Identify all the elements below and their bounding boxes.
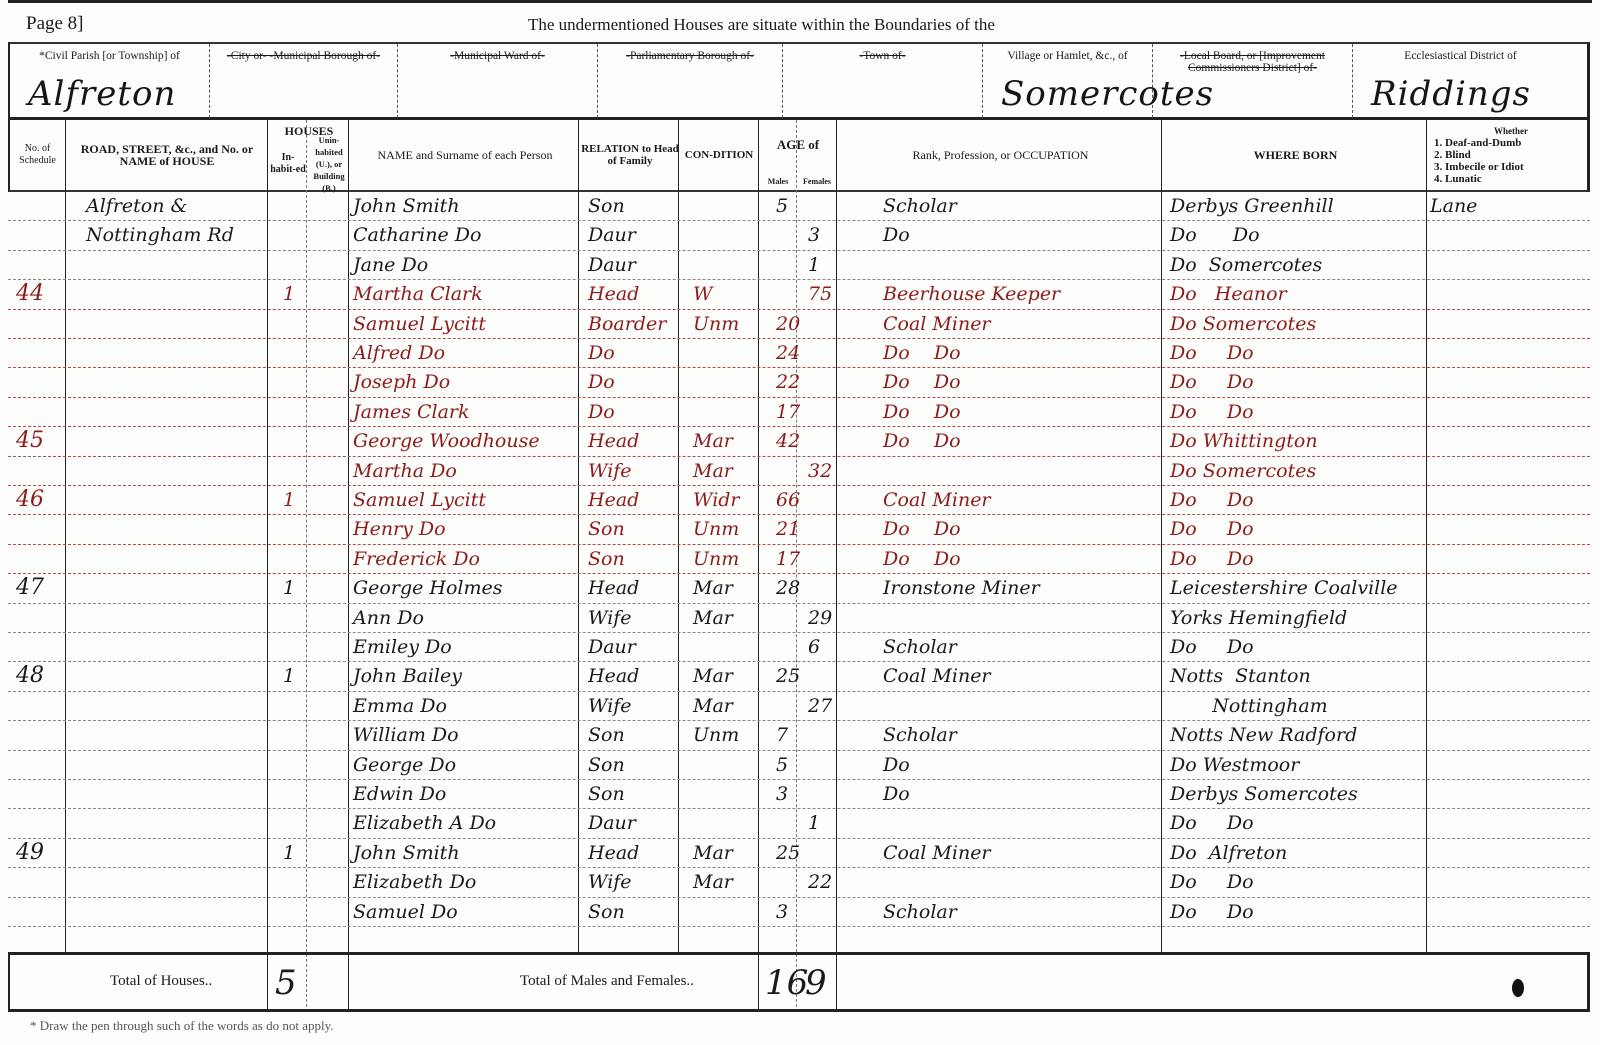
person-name: Ann Do	[353, 606, 424, 630]
where-born: Do Heanor	[1170, 282, 1287, 306]
boundary-cell: -City or- -Municipal Borough of-	[210, 44, 398, 118]
condition: Mar	[693, 870, 733, 894]
boundary-label: -Municipal Ward of-	[398, 44, 597, 62]
female-age: 29	[808, 606, 832, 630]
schedule-number: 47	[16, 576, 44, 600]
condition: Mar	[693, 664, 733, 688]
schedule-number: 44	[16, 282, 44, 306]
male-age: 22	[776, 370, 800, 394]
relation: Do	[588, 341, 615, 365]
person-name: Henry Do	[353, 517, 446, 541]
condition: Mar	[693, 694, 733, 718]
table-row: James ClarkDo17Do DoDo Do	[8, 398, 1590, 427]
where-born: Do Do	[1170, 870, 1254, 894]
schedule-number: 49	[16, 841, 44, 865]
where-born: Nottingham	[1170, 694, 1328, 718]
male-age: 20	[776, 312, 800, 336]
male-age: 21	[776, 517, 800, 541]
occupation: Do Do	[883, 341, 961, 365]
inhabited-count: 1	[283, 576, 295, 600]
relation: Boarder	[588, 312, 666, 336]
header-schedule: No. of Schedule	[10, 120, 65, 190]
boundary-label: -Parliamentary Borough of-	[598, 44, 782, 62]
inhabited-count: 1	[283, 282, 295, 306]
table-row: Alfreton &John SmithSon5ScholarDerbys Gr…	[8, 192, 1590, 221]
boundary-title: The undermentioned Houses are situate wi…	[528, 15, 995, 35]
where-born: Yorks Hemingfield	[1170, 606, 1347, 630]
occupation: Ironstone Miner	[883, 576, 1040, 600]
where-born: Do Do	[1170, 900, 1254, 924]
table-row: George DoSon5DoDo Westmoor	[8, 751, 1590, 780]
boundary-value: Riddings	[1371, 74, 1531, 114]
male-age: 5	[776, 753, 788, 777]
boundary-cell: -Local Board, or [Improvement Commission…	[1153, 44, 1353, 118]
person-name: Elizabeth Do	[353, 870, 476, 894]
relation: Wife	[588, 694, 632, 718]
table-row: Elizabeth DoWifeMar22Do Do	[8, 868, 1590, 897]
header-road: ROAD, STREET, &c., and No. or NAME of HO…	[67, 120, 267, 190]
table-row: Frederick DoSonUnm17Do DoDo Do	[8, 545, 1590, 574]
relation: Daur	[588, 635, 636, 659]
where-born: Do Whittington	[1170, 429, 1318, 453]
where-born: Derbys Somercotes	[1170, 782, 1358, 806]
schedule-number: 48	[16, 664, 44, 688]
male-age: 42	[776, 429, 800, 453]
row-rule	[8, 926, 1590, 927]
where-born: Do Do	[1170, 400, 1254, 424]
person-name: Samuel Lycitt	[353, 312, 486, 336]
table-row: Emma DoWifeMar27 Nottingham	[8, 692, 1590, 721]
female-age: 32	[808, 459, 832, 483]
schedule-number: 46	[16, 488, 44, 512]
boundary-cell: -Parliamentary Borough of-	[598, 44, 783, 118]
header-whether: Whether 1. Deaf-and-Dumb 2. Blind 3. Imb…	[1428, 120, 1588, 190]
relation: Head	[588, 664, 639, 688]
occupation: Do Do	[883, 517, 961, 541]
condition: Mar	[693, 459, 733, 483]
header-where-born: WHERE BORN	[1163, 120, 1428, 190]
totals-row: Total of Houses.. 5 Total of Males and F…	[8, 952, 1590, 1012]
ink-blot	[1512, 979, 1524, 997]
table-row: Samuel DoSon3ScholarDo Do	[8, 898, 1590, 927]
where-born: Leicestershire Coalville	[1170, 576, 1398, 600]
boundary-label: *Civil Parish [or Township] of	[10, 44, 209, 62]
relation: Son	[588, 194, 625, 218]
person-name: Elizabeth A Do	[353, 811, 496, 835]
condition: Mar	[693, 606, 733, 630]
male-age: 66	[776, 488, 800, 512]
female-age: 27	[808, 694, 832, 718]
header-males: Males	[760, 174, 796, 190]
boundaries-strip: *Civil Parish [or Township] ofAlfreton-C…	[8, 42, 1590, 120]
table-row: Emiley DoDaur6ScholarDo Do	[8, 633, 1590, 662]
whether-item: 2. Blind	[1434, 149, 1471, 161]
relation: Son	[588, 547, 625, 571]
relation: Daur	[588, 253, 636, 277]
female-age: 1	[808, 253, 820, 277]
person-name: Emma Do	[353, 694, 447, 718]
boundary-label: -Local Board, or [Improvement Commission…	[1153, 44, 1352, 74]
whether-item: 3. Imbecile or Idiot	[1434, 161, 1524, 173]
occupation: Coal Miner	[883, 664, 991, 688]
boundary-label: -City or- -Municipal Borough of-	[210, 44, 397, 62]
female-age: 6	[808, 635, 820, 659]
header-occupation: Rank, Profession, or OCCUPATION	[838, 120, 1163, 190]
person-name: Catharine Do	[353, 223, 481, 247]
where-born: Do Do	[1170, 635, 1254, 659]
page-header: Page 8] The undermentioned Houses are si…	[8, 0, 1592, 45]
male-age: 3	[776, 782, 788, 806]
condition: Mar	[693, 429, 733, 453]
female-age: 22	[808, 870, 832, 894]
male-age: 25	[776, 664, 800, 688]
relation: Son	[588, 723, 625, 747]
male-age: 3	[776, 900, 788, 924]
occupation: Scholar	[883, 194, 957, 218]
relation: Head	[588, 576, 639, 600]
relation: Do	[588, 370, 615, 394]
male-age: 17	[776, 400, 800, 424]
where-born: Do Somercotes	[1170, 459, 1316, 483]
header-name: NAME and Surname of each Person	[350, 120, 580, 190]
occupation: Coal Miner	[883, 841, 991, 865]
table-row: Henry DoSonUnm21Do DoDo Do	[8, 515, 1590, 544]
where-born: Do Do	[1170, 547, 1254, 571]
relation: Head	[588, 488, 639, 512]
footnote: * Draw the pen through such of the words…	[30, 1018, 334, 1034]
header-condition: CON-DITION	[680, 120, 758, 190]
table-row: Elizabeth A DoDaur1Do Do	[8, 809, 1590, 838]
occupation: Beerhouse Keeper	[883, 282, 1060, 306]
relation: Daur	[588, 811, 636, 835]
occupation: Do Do	[883, 400, 961, 424]
table-row: Nottingham RdCatharine DoDaur3DoDo Do	[8, 221, 1590, 250]
header-inhabited: In-habit-ed	[269, 138, 307, 190]
whether-item: 1. Deaf-and-Dumb	[1434, 137, 1521, 149]
occupation: Scholar	[883, 723, 957, 747]
female-age: 3	[808, 223, 820, 247]
person-name: Martha Do	[353, 459, 457, 483]
table-row: Samuel LycittBoarderUnm20Coal MinerDo So…	[8, 310, 1590, 339]
condition: Mar	[693, 576, 733, 600]
where-born: Notts New Radford	[1170, 723, 1357, 747]
where-born: Do Do	[1170, 223, 1260, 247]
where-born: Do Westmoor	[1170, 753, 1299, 777]
person-name: George Holmes	[353, 576, 503, 600]
condition: Unm	[693, 312, 739, 336]
boundary-cell: -Town of-	[783, 44, 983, 118]
where-born: Do Somercotes	[1170, 253, 1322, 277]
person-name: Emiley Do	[353, 635, 452, 659]
person-name: Samuel Do	[353, 900, 458, 924]
person-name: Edwin Do	[353, 782, 446, 806]
person-name: George Do	[353, 753, 456, 777]
person-name: George Woodhouse	[353, 429, 540, 453]
boundary-label: Ecclesiastical District of	[1353, 44, 1568, 62]
total-houses-value: 5	[275, 963, 297, 1003]
header-relation: RELATION to Head of Family	[580, 120, 680, 190]
person-name: Joseph Do	[353, 370, 450, 394]
male-age: 17	[776, 547, 800, 571]
table-row: Martha DoWifeMar32Do Somercotes	[8, 457, 1590, 486]
boundary-cell: *Civil Parish [or Township] ofAlfreton	[10, 44, 210, 118]
female-age: 1	[808, 811, 820, 835]
where-born: Do Somercotes	[1170, 312, 1316, 336]
header-females: Females	[798, 174, 836, 190]
relation: Son	[588, 900, 625, 924]
page-number: Page 8]	[26, 13, 84, 35]
relation: Son	[588, 753, 625, 777]
table-row: 461Samuel LycittHeadWidr66Coal MinerDo D…	[8, 486, 1590, 515]
table-row: 481John BaileyHeadMar25Coal MinerNotts S…	[8, 662, 1590, 691]
relation: Daur	[588, 223, 636, 247]
inhabited-count: 1	[283, 841, 295, 865]
where-born: Derbys Greenhill	[1170, 194, 1334, 218]
occupation: Do	[883, 782, 910, 806]
whether-title: Whether	[1494, 125, 1528, 137]
where-born: Do Do	[1170, 488, 1254, 512]
header-uninhabited: Unin-habited (U.), or Building (B.)	[308, 138, 350, 190]
condition: Mar	[693, 841, 733, 865]
where-born: Do Alfreton	[1170, 841, 1287, 865]
whether-infirm: Lane	[1430, 194, 1477, 218]
person-name: Samuel Lycitt	[353, 488, 486, 512]
occupation: Do Do	[883, 547, 961, 571]
relation: Wife	[588, 870, 632, 894]
table-row: Alfred DoDo24Do DoDo Do	[8, 339, 1590, 368]
inhabited-count: 1	[283, 488, 295, 512]
where-born: Do Do	[1170, 370, 1254, 394]
relation: Wife	[588, 459, 632, 483]
person-name: John Bailey	[353, 664, 462, 688]
where-born: Do Do	[1170, 341, 1254, 365]
schedule-number: 45	[16, 429, 44, 453]
male-age: 7	[776, 723, 788, 747]
boundary-cell: -Municipal Ward of-	[398, 44, 598, 118]
occupation: Scholar	[883, 900, 957, 924]
table-row: 45George WoodhouseHeadMar42Do DoDo Whitt…	[8, 427, 1590, 456]
boundary-label: Village or Hamlet, &c., of	[983, 44, 1152, 62]
relation: Head	[588, 841, 639, 865]
condition: Unm	[693, 723, 739, 747]
total-houses-label: Total of Houses..	[110, 973, 212, 990]
occupation: Scholar	[883, 635, 957, 659]
person-name: James Clark	[353, 400, 470, 424]
table-row: Jane DoDaur1Do Somercotes	[8, 251, 1590, 280]
male-age: 28	[776, 576, 800, 600]
census-page: Page 8] The undermentioned Houses are si…	[0, 0, 1600, 1045]
boundary-cell: Village or Hamlet, &c., ofSomercotes	[983, 44, 1153, 118]
whether-item: 4. Lunatic	[1434, 173, 1482, 185]
male-age: 5	[776, 194, 788, 218]
condition: Unm	[693, 547, 739, 571]
person-name: John Smith	[353, 841, 460, 865]
female-age: 75	[808, 282, 832, 306]
total-persons-label: Total of Males and Females..	[520, 973, 694, 990]
header-age: AGE of	[760, 120, 836, 170]
relation: Do	[588, 400, 615, 424]
condition: W	[693, 282, 713, 306]
person-name: Frederick Do	[353, 547, 480, 571]
road-name: Alfreton &	[86, 194, 187, 218]
relation: Son	[588, 517, 625, 541]
table-row: Ann DoWifeMar29Yorks Hemingfield	[8, 604, 1590, 633]
male-age: 25	[776, 841, 800, 865]
person-name: Martha Clark	[353, 282, 483, 306]
relation: Son	[588, 782, 625, 806]
table-row: 441Martha ClarkHeadW75Beerhouse KeeperDo…	[8, 280, 1590, 309]
where-born: Notts Stanton	[1170, 664, 1311, 688]
table-row: Joseph DoDo22Do DoDo Do	[8, 368, 1590, 397]
occupation: Do Do	[883, 429, 961, 453]
table-row: William DoSonUnm7ScholarNotts New Radfor…	[8, 721, 1590, 750]
where-born: Do Do	[1170, 811, 1254, 835]
relation: Head	[588, 429, 639, 453]
person-name: Alfred Do	[353, 341, 445, 365]
table-row: Edwin DoSon3DoDerbys Somercotes	[8, 780, 1590, 809]
column-headers: No. of Schedule ROAD, STREET, &c., and N…	[8, 120, 1590, 192]
table-row: 491John SmithHeadMar25Coal MinerDo Alfre…	[8, 839, 1590, 868]
total-females-value: 9	[805, 963, 827, 1003]
occupation: Do	[883, 223, 910, 247]
relation: Head	[588, 282, 639, 306]
where-born: Do Do	[1170, 517, 1254, 541]
occupation: Coal Miner	[883, 312, 991, 336]
table-row: 471George HolmesHeadMar28Ironstone Miner…	[8, 574, 1590, 603]
person-name: John Smith	[353, 194, 460, 218]
occupation: Do Do	[883, 370, 961, 394]
occupation: Do	[883, 753, 910, 777]
occupation: Coal Miner	[883, 488, 991, 512]
male-age: 24	[776, 341, 800, 365]
relation: Wife	[588, 606, 632, 630]
boundary-cell: Ecclesiastical District ofRiddings	[1353, 44, 1568, 118]
inhabited-count: 1	[283, 664, 295, 688]
person-name: Jane Do	[353, 253, 428, 277]
condition: Widr	[693, 488, 740, 512]
person-name: William Do	[353, 723, 459, 747]
boundary-label: -Town of-	[783, 44, 982, 62]
road-name: Nottingham Rd	[86, 223, 234, 247]
total-males-value: 16	[765, 963, 808, 1003]
boundary-value: Alfreton	[28, 74, 176, 114]
condition: Unm	[693, 517, 739, 541]
